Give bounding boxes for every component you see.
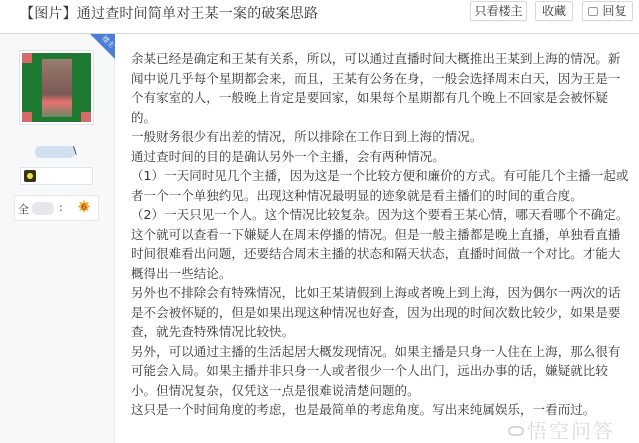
favorite-button[interactable]: 收藏 xyxy=(535,1,573,21)
avatar-image xyxy=(22,53,91,122)
avatar-pixelated-face xyxy=(42,59,72,117)
post-line: 可能会入局。如果主播并非只身一人或者很少一个人出门，远出办事的话，嫌疑就比较 xyxy=(131,361,636,381)
watermark: 悟空问答 xyxy=(508,415,615,443)
post-title: 【图片】通过查时间简单对王某一案的破案思路 xyxy=(20,3,318,23)
username-blurred[interactable] xyxy=(35,146,75,158)
avatar-corner xyxy=(22,112,32,122)
reply-label: 回复 xyxy=(602,4,626,18)
post-line: 者一个一个单独约见。出现这种情况最明显的迹象就是看主播们的时间的重合度。 xyxy=(131,186,636,206)
post-line: （2）一天只见一个人。这个情况比较复杂。因为这个要看王某心情，哪天看哪个不确定。 xyxy=(131,205,636,225)
post-line: 这个就可以查看一下嫌疑人在周末停播的情况。但是一般主播都是晚上直播，单独看直播 xyxy=(131,225,636,245)
level-box: 全 : ✸6 xyxy=(14,195,99,221)
watermark-text: 悟空问答 xyxy=(527,419,615,443)
gem-badge-icon xyxy=(24,170,36,182)
post-line: 时间很难看出问题，还要结合周末主播的状态和隔天状态，直播时间做一个对比。才能大 xyxy=(131,244,636,264)
level-number: 6 xyxy=(74,198,94,219)
post-line: （1）一天同时见几个主播，因为这是一个比较方便和廉价的方式。有可能几个主播一起或 xyxy=(131,166,636,186)
watermark-logo-icon xyxy=(508,426,524,436)
level-star-icon: ✸6 xyxy=(74,198,94,218)
post-header: 【图片】通过查时间简单对王某一案的破案思路 只看楼主 收藏 回复 xyxy=(0,0,639,33)
post-line: 通过查时间的目的是确认另外一个主播，会有两种情况。 xyxy=(131,147,636,167)
post-line: 一般财务很少有出差的情况，所以排除在工作日到上海的情况。 xyxy=(131,127,636,147)
badge-box xyxy=(20,167,93,185)
post-line: 小。但情况复杂，仅凭这一点是很难说清楚问题的。 xyxy=(131,381,636,401)
post-line: 另外也不排除会有特殊情况，比如王某请假到上海或者晚上到上海，因为偶尔一两次的话 xyxy=(131,283,636,303)
level-label: 全 xyxy=(18,201,29,217)
level-name-blurred xyxy=(32,202,54,215)
avatar-corner xyxy=(81,112,91,122)
post-content: 余某已经是确定和王某有关系，所以，可以通过直播时间大概推出王某到上海的情况。新 … xyxy=(131,49,636,420)
post-line: 余某已经是确定和王某有关系，所以，可以通过直播时间大概推出王某到上海的情况。新 xyxy=(131,49,636,69)
post-line: 查，就先查特殊情况比较快。 xyxy=(131,322,636,342)
level-colon: : xyxy=(59,201,63,214)
post-line: 闻中说几乎每个星期都会来，而且，王某有公务在身，一般会选择周末白天，因为王是一 xyxy=(131,69,636,89)
username-suffix: \ xyxy=(73,144,77,157)
post-line: 另外，可以通过主播的生活起居大概发现情况。如果主播是只身一人住在上海，那么很有 xyxy=(131,342,636,362)
comment-icon xyxy=(588,7,598,16)
post-line: 是不会被怀疑的，但是如果出现这种情况也好查，因为出现的时间次数比较少，如果是要 xyxy=(131,303,636,323)
post-line: 概得出一些结论。 xyxy=(131,264,636,284)
reply-button[interactable]: 回复 xyxy=(582,1,633,21)
post-line: 的。 xyxy=(131,108,636,128)
post-line: 个有家室的人，一般晚上肯定是要回家，如果每个星期都有几个晚上不回家是会被怀疑 xyxy=(131,88,636,108)
avatar-corner xyxy=(22,53,32,63)
only-op-button[interactable]: 只看楼主 xyxy=(470,1,527,21)
avatar[interactable] xyxy=(19,50,94,125)
